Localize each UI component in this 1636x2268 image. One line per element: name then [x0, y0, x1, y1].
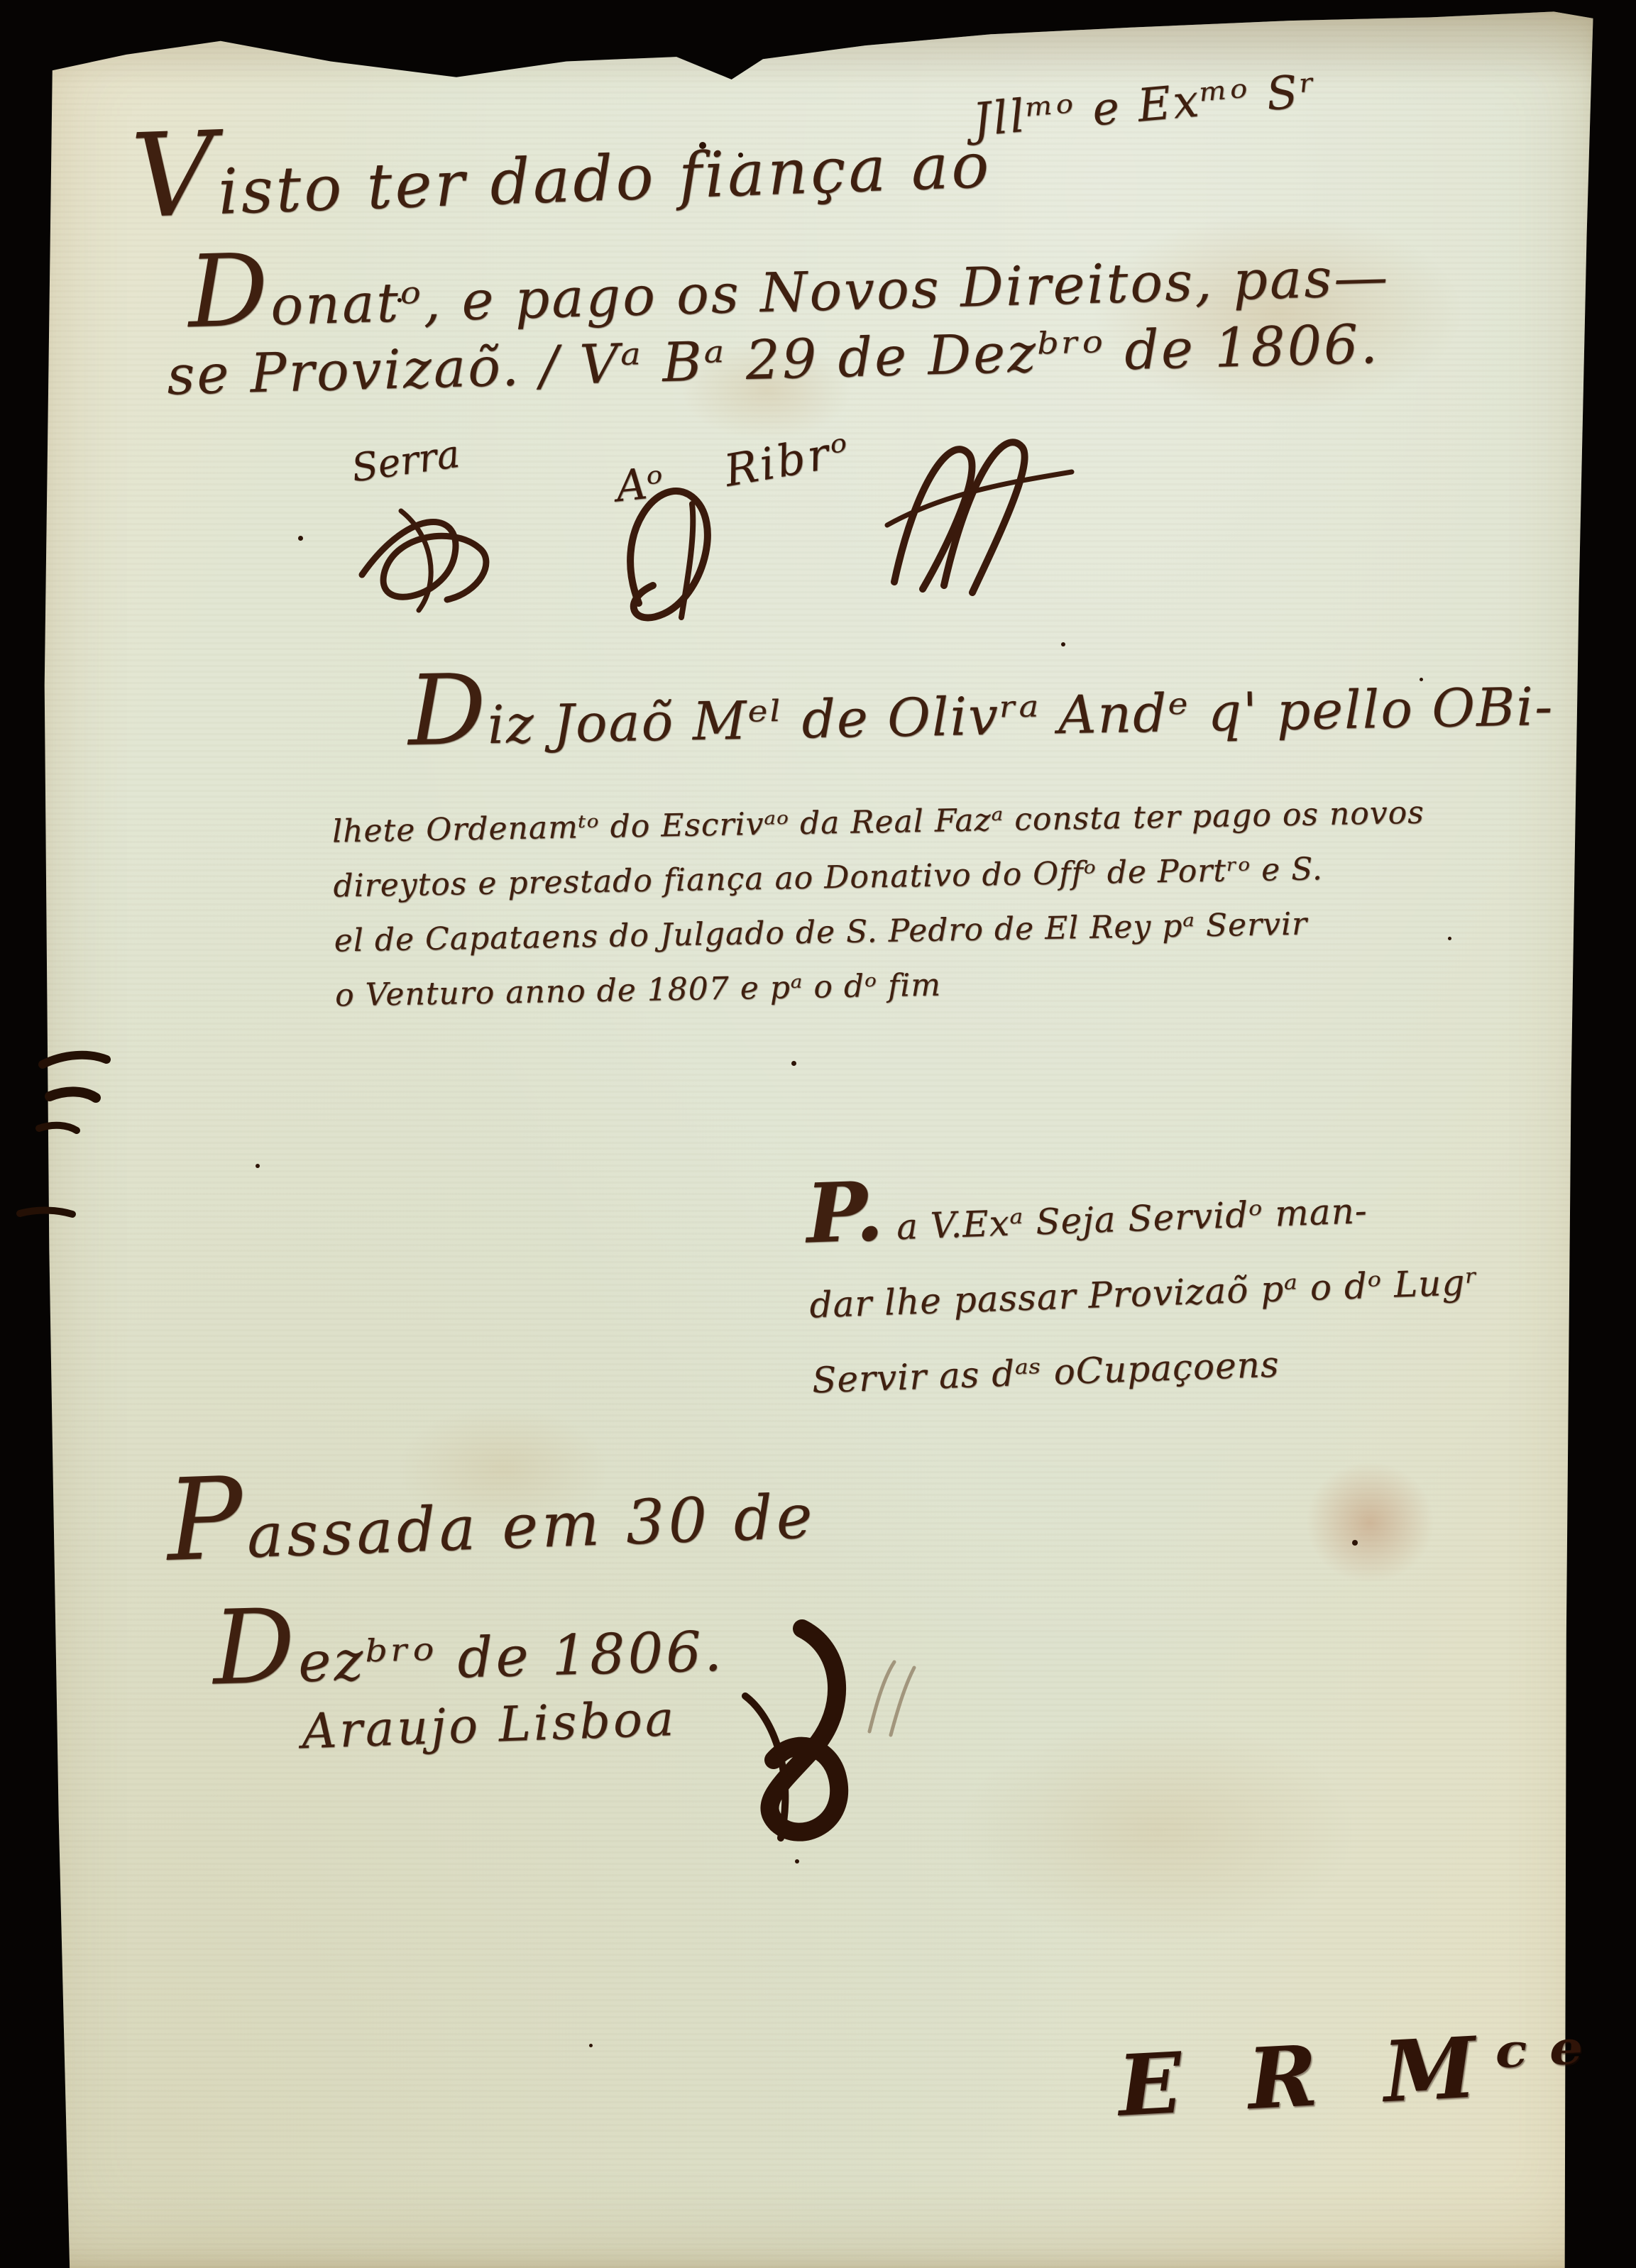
- margin-ink-marks-icon: [28, 1040, 121, 1146]
- ink-speck: [1420, 678, 1423, 681]
- ink-speck: [1352, 1540, 1358, 1546]
- manuscript-photo: Jllᵐᵒ e Exᵐᵒ Sʳ Visto ter dado fiança ao…: [0, 0, 1636, 2268]
- ink-speck: [791, 1061, 796, 1066]
- paper-stain: [1306, 1462, 1434, 1582]
- issuance-line-2: Dezᵇʳᵒ de 1806.: [212, 1597, 725, 1697]
- ink-speck: [795, 1859, 799, 1864]
- ink-speck: [256, 1164, 260, 1168]
- ink-speck: [589, 2044, 593, 2047]
- signature-ribeiro-paraph-icon: [845, 419, 1100, 617]
- request-block: P. a V.Exᵃ Seja Servidᵒ man- dar lhe pas…: [806, 1161, 1483, 1419]
- pencil-slash-marks-icon: [845, 1653, 930, 1746]
- petition-body: lhete Ordenamᵗᵒ do Escrivᵃᵒ da Real Fazᵃ…: [331, 786, 1427, 1023]
- ink-speck: [1448, 937, 1451, 940]
- paper-stain: [958, 1717, 1356, 1944]
- ink-speck: [298, 536, 303, 541]
- ink-speck: [1061, 642, 1065, 646]
- signature-serra-paraph-icon: [334, 468, 561, 624]
- margin-dash-icon: [14, 1203, 78, 1224]
- ink-speck: [738, 153, 743, 158]
- ink-speck: [397, 298, 402, 302]
- ink-speck: [699, 142, 706, 149]
